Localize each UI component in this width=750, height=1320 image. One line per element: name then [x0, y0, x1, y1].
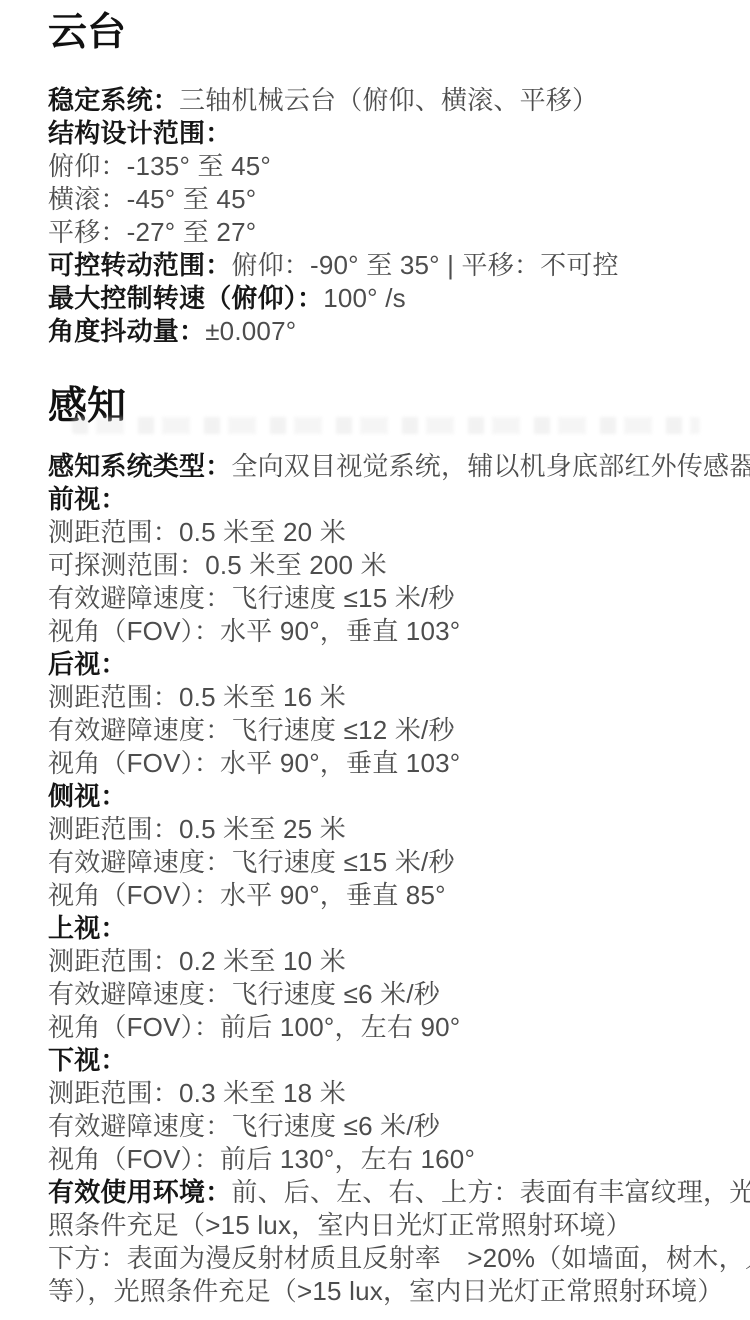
gimbal-spec-list: 稳定系统：三轴机械云台（俯仰、横滚、平移） 结构设计范围： 俯仰：-135° 至… [48, 84, 720, 348]
spec-label: 角度抖动量： [48, 316, 205, 346]
spec-line-structural-range: 结构设计范围： [48, 117, 720, 150]
spec-value: 视角（FOV）：前后 130°，左右 160° [48, 1144, 475, 1174]
spec-label: 稳定系统： [48, 85, 179, 115]
spec-value: 测距范围：0.5 米至 20 米 [48, 517, 346, 547]
spec-line-backward-fov: 视角（FOV）：水平 90°，垂直 103° [48, 747, 720, 780]
spec-line-forward-heading: 前视： [48, 483, 720, 516]
spec-value: 100° /s [323, 283, 406, 313]
spec-value: 测距范围：0.3 米至 18 米 [48, 1078, 346, 1108]
spec-line-upward-heading: 上视： [48, 912, 720, 945]
spec-value: 视角（FOV）：前后 100°，左右 90° [48, 1012, 460, 1042]
spec-line-upward-range: 测距范围：0.2 米至 10 米 [48, 945, 720, 978]
spec-label: 后视： [48, 649, 127, 679]
spec-value: 等），光照条件充足（>15 lux，室内日光灯正常照射环境） [48, 1276, 724, 1306]
spec-value: 横滚：-45° 至 45° [48, 184, 256, 214]
spec-value: 有效避障速度：飞行速度 ≤12 米/秒 [48, 715, 455, 745]
spec-line-side-avoid-speed: 有效避障速度：飞行速度 ≤15 米/秒 [48, 846, 720, 879]
spec-line-downward-heading: 下视： [48, 1044, 720, 1077]
spec-value: 视角（FOV）：水平 90°，垂直 85° [48, 880, 446, 910]
spec-line-operating-env-3: 下方：表面为漫反射材质且反射率 >20%（如墙面，树木，人 [48, 1242, 720, 1275]
spec-value: 测距范围：0.2 米至 10 米 [48, 946, 346, 976]
spec-value: 平移：-27° 至 27° [48, 217, 256, 247]
spec-line-backward-avoid-speed: 有效避障速度：飞行速度 ≤12 米/秒 [48, 714, 720, 747]
spec-value: 俯仰：-90° 至 35° | 平移：不可控 [231, 250, 618, 280]
spec-line-operating-env-2: 照条件充足（>15 lux，室内日光灯正常照射环境） [48, 1209, 720, 1242]
spec-line-downward-fov: 视角（FOV）：前后 130°，左右 160° [48, 1143, 720, 1176]
spec-line-controllable-range: 可控转动范围：俯仰：-90° 至 35° | 平移：不可控 [48, 249, 720, 282]
spec-label: 上视： [48, 913, 127, 943]
spec-line-forward-range: 测距范围：0.5 米至 20 米 [48, 516, 720, 549]
spec-line-pitch-range: 俯仰：-135° 至 45° [48, 150, 720, 183]
spec-line-side-fov: 视角（FOV）：水平 90°，垂直 85° [48, 879, 720, 912]
spec-label: 前视： [48, 484, 127, 514]
spec-value: 有效避障速度：飞行速度 ≤15 米/秒 [48, 583, 455, 613]
section-title-gimbal: 云台 [48, 10, 720, 56]
spec-line-upward-avoid-speed: 有效避障速度：飞行速度 ≤6 米/秒 [48, 978, 720, 1011]
spec-line-downward-range: 测距范围：0.3 米至 18 米 [48, 1077, 720, 1110]
spec-line-backward-range: 测距范围：0.5 米至 16 米 [48, 681, 720, 714]
spec-line-downward-avoid-speed: 有效避障速度：飞行速度 ≤6 米/秒 [48, 1110, 720, 1143]
spec-value: 有效避障速度：飞行速度 ≤6 米/秒 [48, 979, 440, 1009]
spec-value: 可探测范围：0.5 米至 200 米 [48, 550, 387, 580]
spec-label: 侧视： [48, 781, 127, 811]
spec-value: 有效避障速度：飞行速度 ≤6 米/秒 [48, 1111, 440, 1141]
spec-value: 照条件充足（>15 lux，室内日光灯正常照射环境） [48, 1210, 632, 1240]
spec-line-operating-env-1: 有效使用环境：前、后、左、右、上方：表面有丰富纹理，光 [48, 1176, 720, 1209]
spec-line-stabilization: 稳定系统：三轴机械云台（俯仰、横滚、平移） [48, 84, 720, 117]
spec-line-backward-heading: 后视： [48, 648, 720, 681]
spec-line-forward-detect: 可探测范围：0.5 米至 200 米 [48, 549, 720, 582]
spec-value: 视角（FOV）：水平 90°，垂直 103° [48, 748, 460, 778]
spec-value: 有效避障速度：飞行速度 ≤15 米/秒 [48, 847, 455, 877]
spec-line-forward-fov: 视角（FOV）：水平 90°，垂直 103° [48, 615, 720, 648]
spec-line-side-range: 测距范围：0.5 米至 25 米 [48, 813, 720, 846]
spec-label: 有效使用环境： [48, 1177, 231, 1207]
spec-line-pan-range: 平移：-27° 至 27° [48, 216, 720, 249]
spec-line-angular-vibration: 角度抖动量：±0.007° [48, 315, 720, 348]
spec-line-side-heading: 侧视： [48, 780, 720, 813]
sensing-spec-list: 感知系统类型：全向双目视觉系统，辅以机身底部红外传感器 前视： 测距范围：0.5… [48, 450, 720, 1308]
spec-label: 可控转动范围： [48, 250, 231, 280]
spec-value: 三轴机械云台（俯仰、横滚、平移） [179, 85, 598, 115]
spec-label: 感知系统类型： [48, 451, 231, 481]
spec-value: ±0.007° [205, 316, 296, 346]
spec-line-operating-env-4: 等），光照条件充足（>15 lux，室内日光灯正常照射环境） [48, 1275, 720, 1308]
spec-value: 下方：表面为漫反射材质且反射率 >20%（如墙面，树木，人 [48, 1243, 750, 1273]
spec-label: 最大控制转速（俯仰）： [48, 283, 323, 313]
spec-value: 前、后、左、右、上方：表面有丰富纹理，光 [231, 1177, 750, 1207]
spec-label: 下视： [48, 1045, 127, 1075]
spec-label: 结构设计范围： [48, 118, 231, 148]
spec-line-upward-fov: 视角（FOV）：前后 100°，左右 90° [48, 1011, 720, 1044]
spec-value: 测距范围：0.5 米至 16 米 [48, 682, 346, 712]
spec-line-sensing-type: 感知系统类型：全向双目视觉系统，辅以机身底部红外传感器 [48, 450, 720, 483]
spec-page: 云台 稳定系统：三轴机械云台（俯仰、横滚、平移） 结构设计范围： 俯仰：-135… [0, 0, 750, 1308]
spec-line-max-control-speed: 最大控制转速（俯仰）：100° /s [48, 282, 720, 315]
spec-value: 俯仰：-135° 至 45° [48, 151, 271, 181]
spec-value: 测距范围：0.5 米至 25 米 [48, 814, 346, 844]
section-title-sensing: 感知 [48, 384, 720, 430]
spec-line-forward-avoid-speed: 有效避障速度：飞行速度 ≤15 米/秒 [48, 582, 720, 615]
spec-value: 视角（FOV）：水平 90°，垂直 103° [48, 616, 460, 646]
spec-value: 全向双目视觉系统，辅以机身底部红外传感器 [231, 451, 750, 481]
spec-line-roll-range: 横滚：-45° 至 45° [48, 183, 720, 216]
